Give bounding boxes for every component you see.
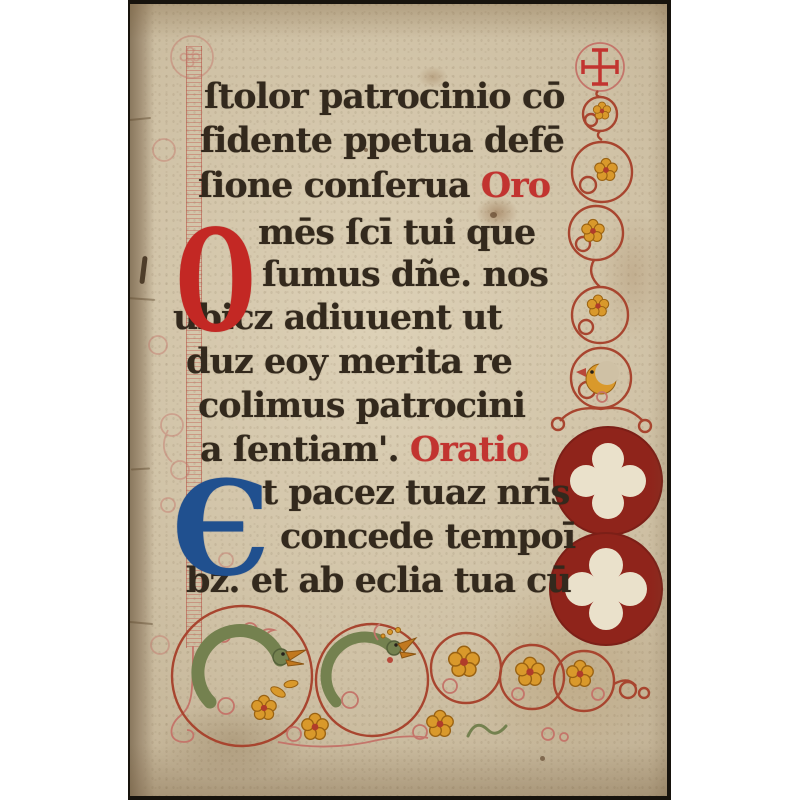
rubric-text-oro: Oro (481, 165, 550, 206)
text-block: ſtolor patrocinio cō fidente ppetua defē… (128, 0, 671, 800)
line-text: ſtolor patrocinio cō (204, 76, 564, 117)
initial-O: O (176, 212, 255, 352)
line-text: t pacez tuaz nrīs (262, 472, 569, 513)
text-line-2: fidente ppetua defē (200, 120, 564, 161)
line-text: colimus patrocini (198, 385, 525, 426)
manuscript-photo: ſtolor patrocinio cō fidente ppetua defē… (128, 0, 671, 800)
scan-background: ſtolor patrocinio cō fidente ppetua defē… (0, 0, 800, 800)
rubric-text-oratio: Oratio (410, 429, 528, 470)
line-text: fidente ppetua defē (200, 120, 564, 161)
text-line-5: ſumus dñe. nos (262, 254, 548, 295)
line-text: concede tempoī (280, 516, 575, 557)
line-text: mēs ſcī tui que (258, 212, 535, 253)
initial-E: Є (172, 464, 270, 594)
text-line-10: t pacez tuaz nrīs (262, 472, 569, 513)
line-text: ſumus dñe. nos (262, 254, 548, 295)
text-line-11: concede tempoī (280, 516, 575, 557)
text-line-1: ſtolor patrocinio cō (204, 76, 564, 117)
text-line-8: colimus patrocini (198, 385, 525, 426)
text-line-4: mēs ſcī tui que (258, 212, 535, 253)
